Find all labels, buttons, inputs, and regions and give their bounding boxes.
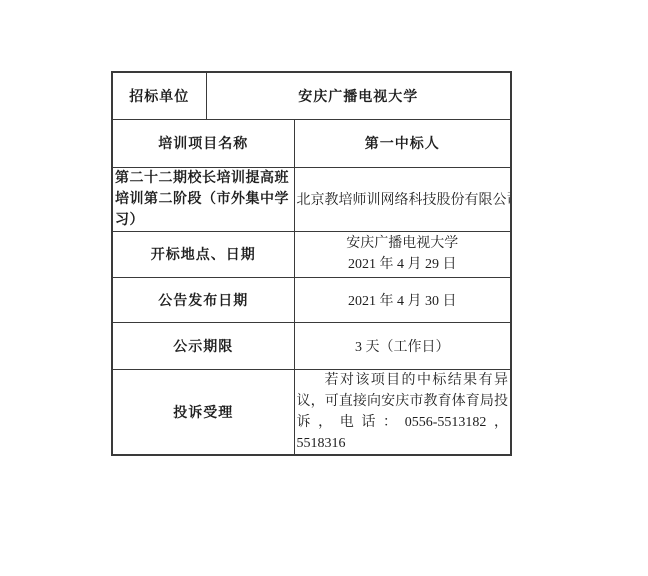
opening-place-line: 安庆广播电视大学 bbox=[297, 233, 509, 254]
row-value-opening-place-date: 安庆广播电视大学 2021 年 4 月 29 日 bbox=[294, 231, 511, 277]
row-label-project-name: 培训项目名称 bbox=[112, 119, 294, 167]
row-label-publicity-period: 公示期限 bbox=[112, 322, 294, 369]
table-row-bidding-unit: 招标单位 安庆广播电视大学 bbox=[112, 72, 511, 119]
table-row-project-name-header: 培训项目名称 第一中标人 bbox=[112, 119, 511, 167]
bid-notice-table: 招标单位 安庆广播电视大学 培训项目名称 第一中标人 第二十二期校长培训提高班培… bbox=[111, 71, 512, 456]
row-value-publicity-period: 3 天（工作日） bbox=[294, 322, 511, 369]
row-label-complaint-handling: 投诉受理 bbox=[112, 369, 294, 455]
table-row-announce-date: 公告发布日期 2021 年 4 月 30 日 bbox=[112, 277, 511, 322]
row-label-project-title: 第二十二期校长培训提高班培训第二阶段（市外集中学习） bbox=[112, 167, 294, 231]
row-value-bidding-unit: 安庆广播电视大学 bbox=[206, 72, 511, 119]
opening-date-line: 2021 年 4 月 29 日 bbox=[297, 254, 509, 275]
row-value-winner-company: 北京教培师训网络科技股份有限公司 bbox=[294, 167, 511, 231]
table-row-publicity-period: 公示期限 3 天（工作日） bbox=[112, 322, 511, 369]
complaint-paragraph: 若对该项目的中标结果有异议，可直接向安庆市教育体育局投诉，电话：0556-551… bbox=[297, 370, 509, 454]
table-row-complaint-handling: 投诉受理 若对该项目的中标结果有异议，可直接向安庆市教育体育局投诉，电话：055… bbox=[112, 369, 511, 455]
bid-notice-table-container: 招标单位 安庆广播电视大学 培训项目名称 第一中标人 第二十二期校长培训提高班培… bbox=[111, 71, 512, 456]
row-label-opening-place-date: 开标地点、日期 bbox=[112, 231, 294, 277]
table-row-opening-place-date: 开标地点、日期 安庆广播电视大学 2021 年 4 月 29 日 bbox=[112, 231, 511, 277]
row-label-bidding-unit: 招标单位 bbox=[112, 72, 206, 119]
row-label-announce-date: 公告发布日期 bbox=[112, 277, 294, 322]
row-value-complaint-info: 若对该项目的中标结果有异议，可直接向安庆市教育体育局投诉，电话：0556-551… bbox=[294, 369, 511, 455]
table-row-project-winner: 第二十二期校长培训提高班培训第二阶段（市外集中学习） 北京教培师训网络科技股份有… bbox=[112, 167, 511, 231]
row-value-announce-date: 2021 年 4 月 30 日 bbox=[294, 277, 511, 322]
row-value-first-winner: 第一中标人 bbox=[294, 119, 511, 167]
